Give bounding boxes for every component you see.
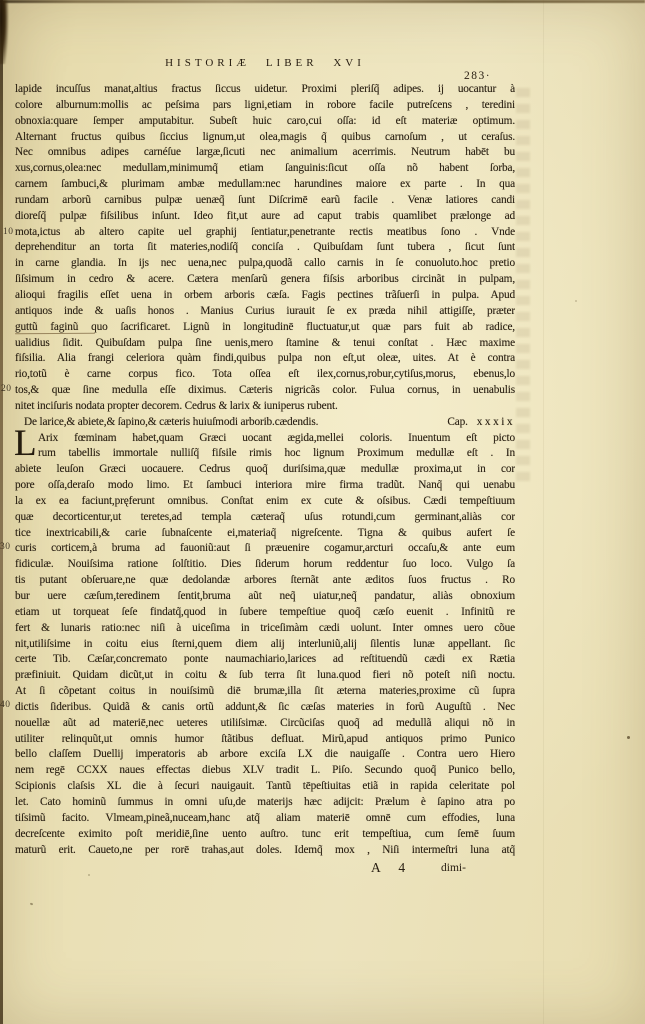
text-line: præfiniuit. Quidam dicũt,ut in coitu & ſ… [15,668,515,684]
text-line: tiſsimũ facito. Vlmeam,pineã,nuceam,hanc… [15,811,515,827]
text-line: quæ decorticentur,ut teretes,ad templa c… [15,510,515,526]
text-line: certe Tib. Cæſar,concremato ponte naumac… [15,652,515,668]
paper-speck [30,903,34,906]
text-line: deprehenditur an torta ſit materies,nodi… [15,240,515,256]
text-line: Scipionis claſsis XL die à ſecuri nauiga… [15,779,515,795]
text-line: rum tabellis immortale nulliſq̃ fiſsile … [15,446,515,462]
text-line: maturũ erit. Caueto,ne per rorē trahas,a… [15,843,515,859]
text-line: ſiſsimum in cedro & acere. Cætera menſar… [15,272,515,288]
text-line: tice inextricabili,& carie ſubnaſcente e… [15,526,515,542]
text-line: fiſsilia. Alia frangi celeriora quàm fin… [15,351,515,367]
text-line: utiliter relinquũt,ut omnis humor ſtãtib… [15,732,515,748]
paper-speck [575,300,577,302]
text-line: nouellæ aũt ad materiē,nec ueteres utili… [15,716,515,732]
scan-corner-shadow [0,0,9,64]
drop-cap-initial: L [14,429,36,460]
text-line: Nec omnibus adipes carnéſue largæ,ſicuti… [15,145,515,161]
text-line: bur uere cæſum,teredinem ſentit,bruma aũ… [15,589,515,605]
text-line: bello claſſem Duellij imperatoris ab arb… [15,747,515,763]
margin-line-number: 40 [0,700,11,710]
text-line: lapide incuſſus manat,altius fractus ſic… [15,82,515,98]
text-line: etiam ut torqueat ſeſe findatq̃,quod in … [15,605,515,621]
paper-speck [88,874,90,876]
text-line: abiete leuſon Græci uocauere. Cedrus quo… [15,462,515,478]
text-line: mota,ictus ab altero capite uel graphij … [15,225,515,241]
text-line: fert & lunaris ratio:nec niſi à uiceſima… [15,621,515,637]
text-line: rundam arborũ carnibus pulpæ uenæq̃ ſunt… [15,193,515,209]
text-line: nit,utiliſsime in coitu eius ſterni,quem… [15,637,515,653]
text-line: nem regē CCXX naues effectas diebus XLV … [15,763,515,779]
text-line: tis putant obſeruare,ne quæ dedolandæ ar… [15,573,515,589]
margin-line-number: 30 [0,542,11,552]
text-line: dictis ſideribus. Quidã & canis ortũ add… [15,700,515,716]
quire-signature: A 4 [371,860,406,876]
text-line: fidiculæ. Nouiſsima ratione ſolſtitio. D… [15,557,515,573]
main-text-block: lapide incuſſus manat,altius fractus ſic… [15,82,515,858]
text-line: tos,& quæ ſine medulla eſſe diximus. Cæt… [15,383,515,399]
page-number: 283· [464,70,491,82]
chapter-heading: De larice,& abiete,& ſapino,& cæteris hu… [15,415,515,431]
text-line: la ex ea faciunt,pręferunt omnibus. Conſ… [15,494,515,510]
paper-chain-line [543,0,544,1024]
verso-showthrough [516,88,530,488]
text-line: nitet inciſuris nodata propter decorem. … [15,399,515,415]
text-line: At ſi cõpetant coitus in nouiſsimũ diē b… [15,684,515,700]
book-page-scan: HISTORIÆ LIBER XVI 283· 10 20 30 40 lapi… [0,0,645,1024]
text-line: Alternant fructus quibus ſiccius lignum,… [15,130,515,146]
margin-line-number: 20 [1,384,12,394]
margin-line-number: 10 [3,227,14,237]
text-line: curis corticem,à bruma ad fauoniũ:aut ſi… [15,541,515,557]
text-column-upper: lapide incuſſus manat,altius fractus ſic… [15,82,515,415]
text-line: in carne glandia. In ijs nec uena,nec pu… [15,256,515,272]
text-line: pore oſſa,deraſo modo limo. Et ſambuci i… [15,478,515,494]
chapter-cap-label: Cap. [447,416,467,428]
text-line: antiquos inde & uaſis honos . Manius Cur… [15,304,515,320]
chapter-cap-number: xxxix [477,416,515,428]
text-line: carnem ſambuci,& plurimam ambæ medullam:… [15,177,515,193]
scan-edge-left [0,0,3,1024]
chapter-number-group: Cap.xxxix [447,415,515,431]
text-line: Arix fœminam habet,quam Græci uocant ægi… [15,431,515,447]
text-line: xus,cornus,olea:nec medullam,minimumq̃ e… [15,161,515,177]
running-head-title: HISTORIÆ LIBER XVI [15,57,515,69]
text-line: obnoxia:quare ſemper amputabitur. Subeſt… [15,114,515,130]
text-line: alioqui fragilis eſſet uena in orbem arb… [15,288,515,304]
paper-speck [627,736,630,739]
text-line: ualidius ſidit. Quibuſdam pulpa ſine uen… [15,336,515,352]
scan-edge-top [0,0,645,3]
chapter-heading-title: De larice,& abiete,& ſapino,& cæteris hu… [24,415,318,431]
catchword: dimi- [441,862,466,874]
text-line: let. Cato hominũ ſummus in omni uſu,de m… [15,795,515,811]
text-line: colore alburnum:mollis ac peſsima pars l… [15,98,515,114]
text-column-lower: Arix fœminam habet,quam Græci uocant ægi… [15,431,515,859]
text-line: dioreſq̃ pulpæ fiſsilibus inſunt. Ideo f… [15,209,515,225]
text-line: guttũ faginũ quo ſacrificaret. Lignũ in … [15,320,515,336]
text-line: decreſcente eximito poſt meridiē,ſine ue… [15,827,515,843]
text-line: rio,totũ è carne corpus fico. Tota oſſea… [15,367,515,383]
